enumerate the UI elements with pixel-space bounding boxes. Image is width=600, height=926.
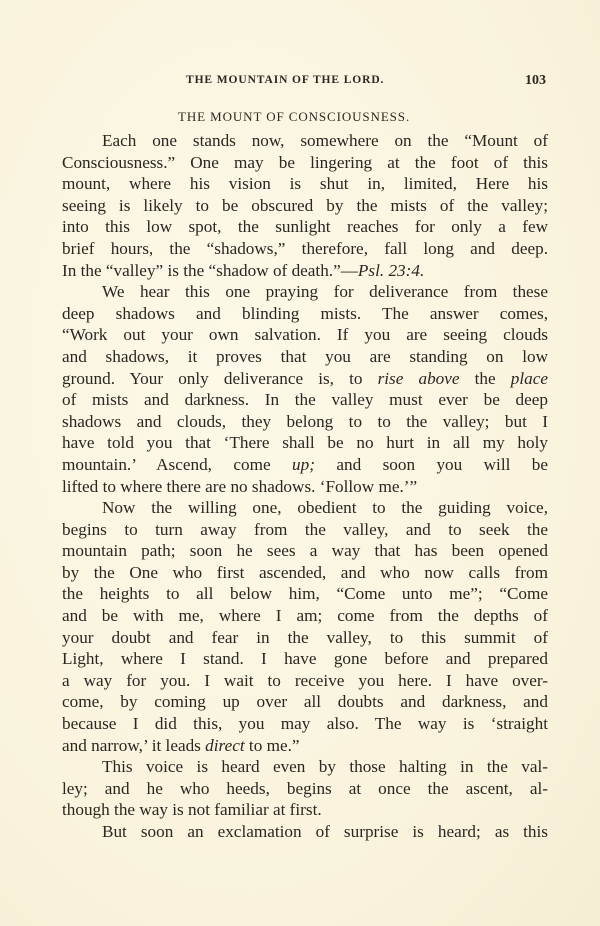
text-line: begins to turn away from the valley, and… bbox=[62, 519, 548, 541]
text-segment: and soon you will be bbox=[315, 455, 548, 474]
text-line: because I did this, you may also. The wa… bbox=[62, 713, 548, 735]
text-line: shadows and clouds, they belong to to th… bbox=[62, 411, 548, 433]
body-text: Each one stands now, somewhere on the “M… bbox=[62, 130, 548, 843]
text-line: But soon an exclamation of surprise is h… bbox=[62, 821, 548, 843]
text-line: by the One who first ascended, and who n… bbox=[62, 562, 548, 584]
page-number: 103 bbox=[525, 73, 546, 89]
text-line: though the way is not familiar at first. bbox=[62, 799, 548, 821]
text-line: mountain.’ Ascend, come up; and soon you… bbox=[62, 454, 548, 476]
text-line: “Work out your own salvation. If you are… bbox=[62, 324, 548, 346]
text-line: into this low spot, the sunlight reaches… bbox=[62, 216, 548, 238]
text-line: a way for you. I wait to receive you her… bbox=[62, 670, 548, 692]
text-line: This voice is heard even by those haltin… bbox=[62, 756, 548, 778]
text-line: mountain path; soon he sees a way that h… bbox=[62, 540, 548, 562]
text-line: ley; and he who heeds, begins at once th… bbox=[62, 778, 548, 800]
text-line: In the “valley” is the “shadow of death.… bbox=[62, 260, 548, 282]
text-line: Each one stands now, somewhere on the “M… bbox=[62, 130, 548, 152]
italic-text: direct bbox=[205, 736, 244, 755]
running-title: THE MOUNTAIN OF THE LORD. bbox=[186, 74, 384, 86]
text-line: of mists and darkness. In the valley mus… bbox=[62, 389, 548, 411]
text-line: lifted to where there are no shadows. ‘F… bbox=[62, 476, 548, 498]
paragraph: But soon an exclamation of surprise is h… bbox=[62, 821, 548, 843]
text-segment: mountain.’ Ascend, come bbox=[62, 455, 292, 474]
text-line: your doubt and fear in the valley, to th… bbox=[62, 627, 548, 649]
paragraph: We hear this one praying for deliverance… bbox=[62, 281, 548, 497]
text-line: deep shadows and blinding mists. The ans… bbox=[62, 303, 548, 325]
text-segment: the bbox=[460, 369, 511, 388]
paragraph: Now the willing one, obedient to the gui… bbox=[62, 497, 548, 756]
text-line: seeing is likely to be obscured by the m… bbox=[62, 195, 548, 217]
text-line: Light, where I stand. I have gone before… bbox=[62, 648, 548, 670]
text-line: ground. Your only deliverance is, to ris… bbox=[62, 368, 548, 390]
text-line: brief hours, the “shadows,” therefore, f… bbox=[62, 238, 548, 260]
text-line: We hear this one praying for deliverance… bbox=[62, 281, 548, 303]
paragraph: This voice is heard even by those haltin… bbox=[62, 756, 548, 821]
text-line: come, by coming up over all doubts and d… bbox=[62, 691, 548, 713]
text-line: and be with me, where I am; come from th… bbox=[62, 605, 548, 627]
italic-text: rise above bbox=[378, 369, 460, 388]
text-segment: In the “valley” is the “shadow of death.… bbox=[62, 261, 358, 280]
italic-text: up; bbox=[292, 455, 315, 474]
text-line: Now the willing one, obedient to the gui… bbox=[62, 497, 548, 519]
text-line: and narrow,’ it leads direct to me.” bbox=[62, 735, 548, 757]
section-heading: THE MOUNT OF CONSCIOUSNESS. bbox=[178, 109, 410, 125]
italic-text: Psl. 23:4. bbox=[358, 261, 424, 280]
text-segment: ground. Your only deliverance is, to bbox=[62, 369, 378, 388]
text-segment: and narrow,’ it leads bbox=[62, 736, 205, 755]
text-line: have told you that ‘There shall be no hu… bbox=[62, 432, 548, 454]
text-line: Consciousness.” One may be lingering at … bbox=[62, 152, 548, 174]
text-line: mount, where his vision is shut in, limi… bbox=[62, 173, 548, 195]
text-line: the heights to all below him, “Come unto… bbox=[62, 583, 548, 605]
italic-text: place bbox=[511, 369, 548, 388]
text-line: and shadows, it proves that you are stan… bbox=[62, 346, 548, 368]
paragraph: Each one stands now, somewhere on the “M… bbox=[62, 130, 548, 281]
running-head: THE MOUNTAIN OF THE LORD. 103 bbox=[186, 74, 546, 94]
text-segment: to me.” bbox=[245, 736, 300, 755]
book-page: THE MOUNTAIN OF THE LORD. 103 THE MOUNT … bbox=[0, 0, 600, 926]
